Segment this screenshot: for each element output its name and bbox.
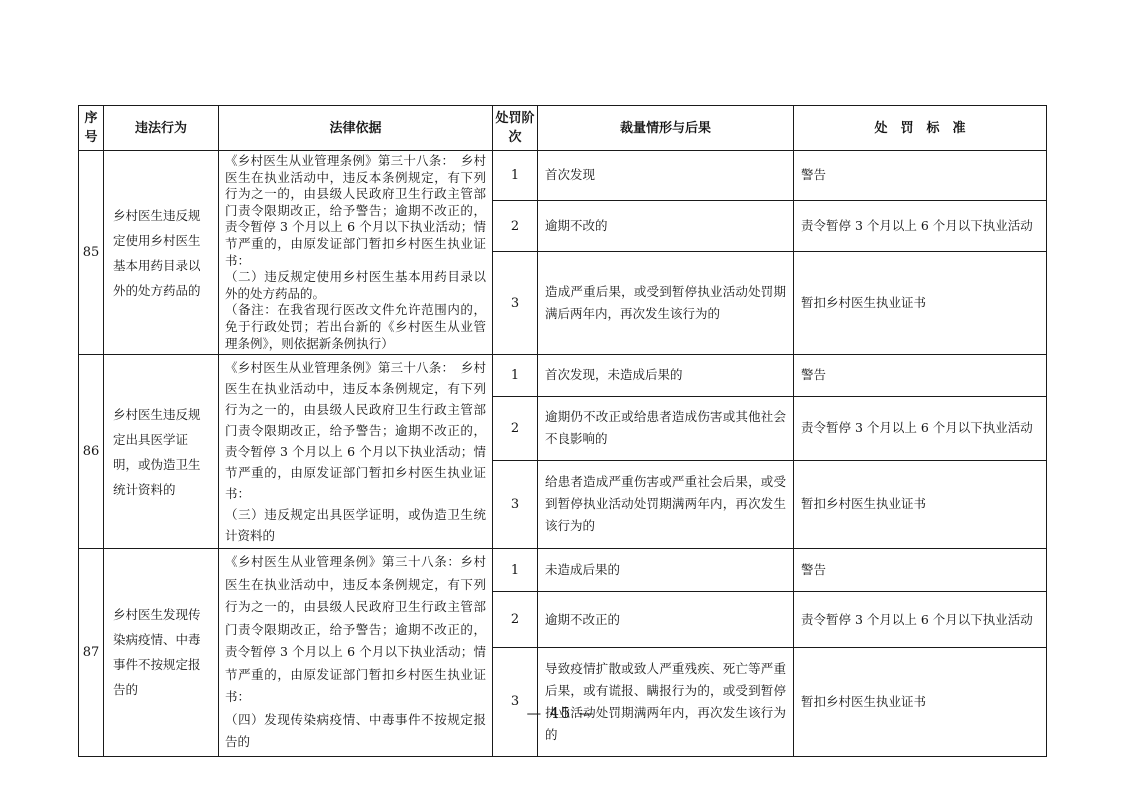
document-page: 序号 违法行为 法律依据 处罚阶次 裁量情形与后果 处 罚 标 准 85 乡村医… xyxy=(0,0,1122,793)
penalty-standards-table: 序号 违法行为 法律依据 处罚阶次 裁量情形与后果 处 罚 标 准 85 乡村医… xyxy=(78,105,1047,757)
table-header-row: 序号 违法行为 法律依据 处罚阶次 裁量情形与后果 处 罚 标 准 xyxy=(79,106,1047,151)
penalty-standard-cell: 责令暂停 3 个月以上 6 个月以下执业活动 xyxy=(794,396,1047,460)
penalty-standard-cell: 警告 xyxy=(794,355,1047,396)
penalty-standard-cell: 暂扣乡村医生执业证书 xyxy=(794,648,1047,756)
penalty-standard-cell: 警告 xyxy=(794,549,1047,592)
col-header-violation: 违法行为 xyxy=(104,106,219,151)
situation-cell: 给患者造成严重伤害或严重社会后果，或受到暂停执业活动处罚期满两年内，再次发生该行… xyxy=(538,460,794,549)
page-number: — 45 — xyxy=(0,706,1122,722)
col-header-seq: 序号 xyxy=(79,106,104,151)
row-number-cell: 86 xyxy=(79,355,104,549)
situation-cell: 造成严重后果，或受到暂停执业活动处罚期满后两年内，再次发生该行为的 xyxy=(538,252,794,355)
legal-basis-cell: 《乡村医生从业管理条例》第三十八条：乡村医生在执业活动中，违反本条例规定，有下列… xyxy=(219,549,493,757)
situation-cell: 逾期不改的 xyxy=(538,200,794,252)
penalty-standard-cell: 暂扣乡村医生执业证书 xyxy=(794,252,1047,355)
penalty-stage-cell: 3 xyxy=(493,648,538,756)
penalty-standard-cell: 责令暂停 3 个月以上 6 个月以下执业活动 xyxy=(794,591,1047,647)
penalty-standard-cell: 暂扣乡村医生执业证书 xyxy=(794,460,1047,549)
table-row: 87 乡村医生发现传染病疫情、中毒事件不按规定报告的 《乡村医生从业管理条例》第… xyxy=(79,549,1047,592)
situation-cell: 导致疫情扩散或致人严重残疾、死亡等严重后果，或有谎报、瞒报行为的，或受到暂停执业… xyxy=(538,648,794,756)
row-number-cell: 87 xyxy=(79,549,104,757)
table-row: 85 乡村医生违反规定使用乡村医生基本用药目录以外的处方药品的 《乡村医生从业管… xyxy=(79,151,1047,201)
col-header-stage: 处罚阶次 xyxy=(493,106,538,151)
table-row: 86 乡村医生违反规定出具医学证明，或伪造卫生统计资料的 《乡村医生从业管理条例… xyxy=(79,355,1047,396)
penalty-stage-cell: 2 xyxy=(493,200,538,252)
col-header-standard: 处 罚 标 准 xyxy=(794,106,1047,151)
row-number-cell: 85 xyxy=(79,151,104,355)
violation-behavior-cell: 乡村医生违反规定出具医学证明，或伪造卫生统计资料的 xyxy=(104,355,219,549)
penalty-standard-cell: 警告 xyxy=(794,151,1047,201)
legal-basis-cell: 《乡村医生从业管理条例》第三十八条： 乡村医生在执业活动中，违反本条例规定，有下… xyxy=(219,355,493,549)
violation-behavior-cell: 乡村医生违反规定使用乡村医生基本用药目录以外的处方药品的 xyxy=(104,151,219,355)
penalty-stage-cell: 3 xyxy=(493,460,538,549)
penalty-stage-cell: 1 xyxy=(493,549,538,592)
situation-cell: 逾期仍不改正或给患者造成伤害或其他社会不良影响的 xyxy=(538,396,794,460)
situation-cell: 未造成后果的 xyxy=(538,549,794,592)
col-header-legal-basis: 法律依据 xyxy=(219,106,493,151)
legal-basis-cell: 《乡村医生从业管理条例》第三十八条： 乡村医生在执业活动中，违反本条例规定，有下… xyxy=(219,151,493,355)
penalty-stage-cell: 2 xyxy=(493,591,538,647)
situation-cell: 首次发现，未造成后果的 xyxy=(538,355,794,396)
penalty-standard-cell: 责令暂停 3 个月以上 6 个月以下执业活动 xyxy=(794,200,1047,252)
penalty-stage-cell: 2 xyxy=(493,396,538,460)
violation-behavior-cell: 乡村医生发现传染病疫情、中毒事件不按规定报告的 xyxy=(104,549,219,757)
penalty-stage-cell: 3 xyxy=(493,252,538,355)
situation-cell: 逾期不改正的 xyxy=(538,591,794,647)
situation-cell: 首次发现 xyxy=(538,151,794,201)
penalty-stage-cell: 1 xyxy=(493,355,538,396)
penalty-stage-cell: 1 xyxy=(493,151,538,201)
col-header-situation: 裁量情形与后果 xyxy=(538,106,794,151)
